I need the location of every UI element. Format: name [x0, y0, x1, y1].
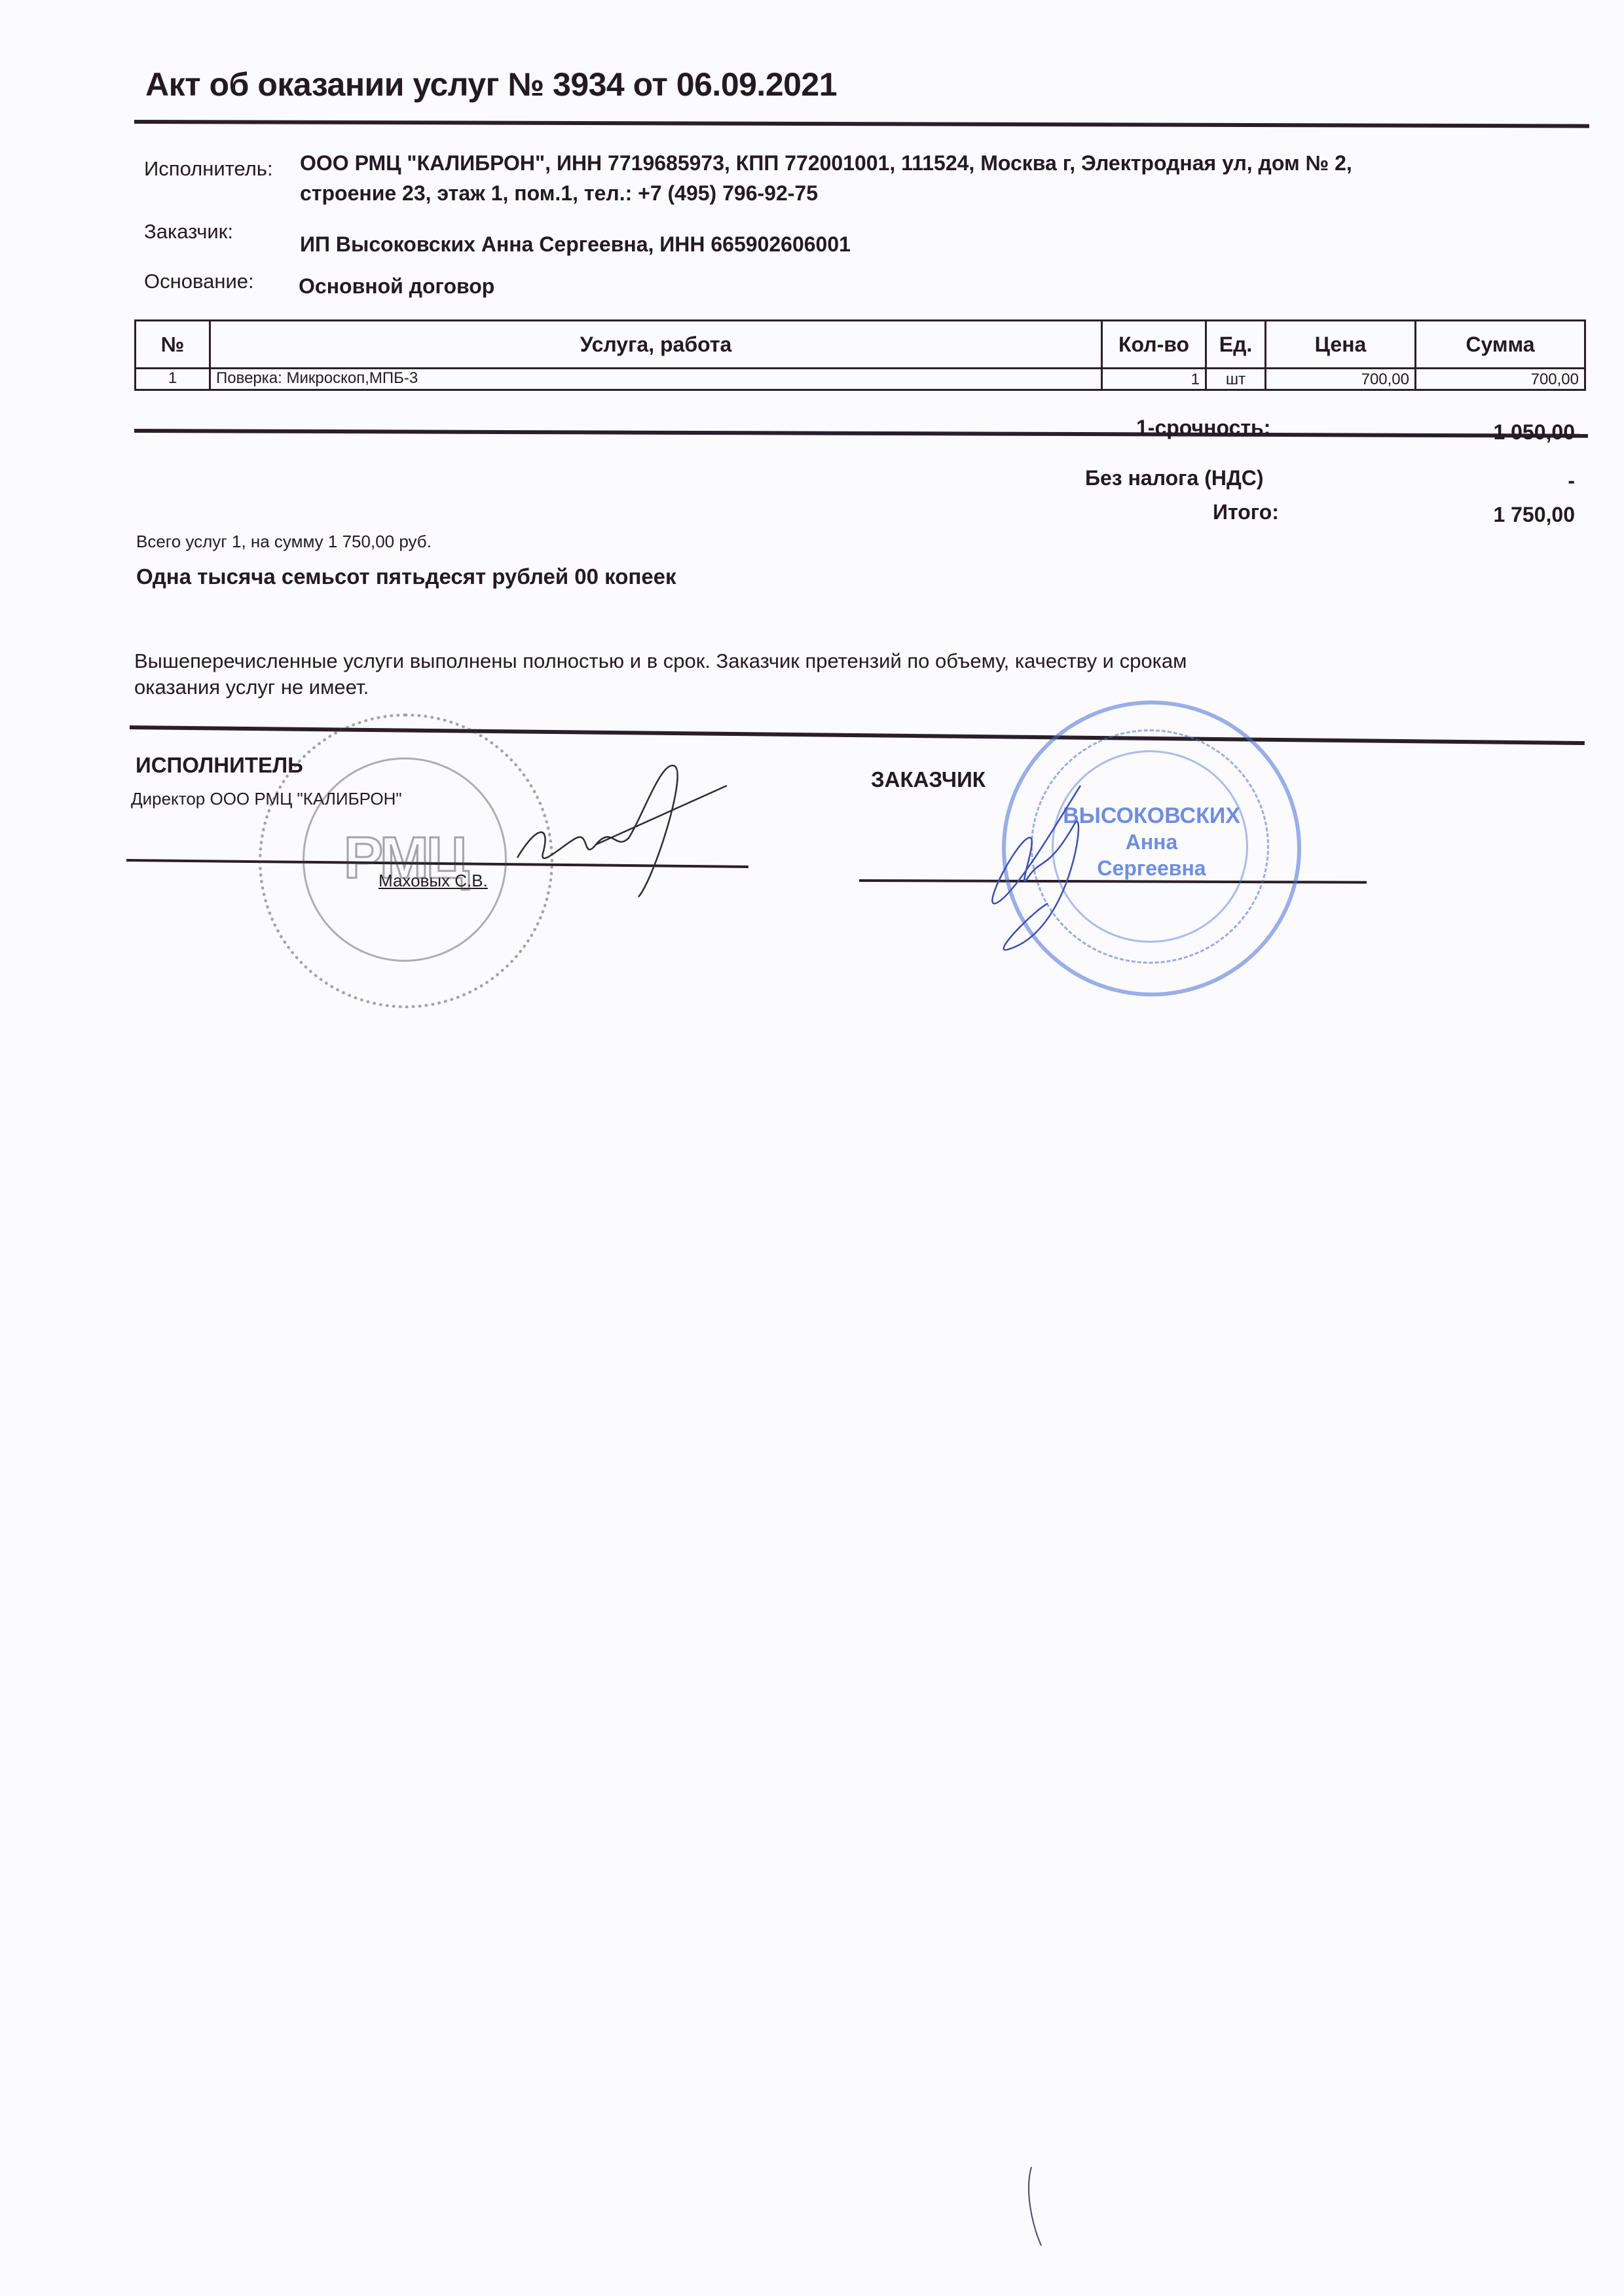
table-row: 1 Поверка: Микроскоп,МПБ-3 1 шт 700,00 7…	[136, 369, 1585, 390]
services-count-line: Всего услуг 1, на сумму 1 750,00 руб.	[136, 532, 432, 552]
col-qty: Кол-во	[1102, 321, 1206, 369]
executor-line-2: строение 23, этаж 1, пом.1, тел.: +7 (49…	[300, 178, 1352, 208]
col-sum: Сумма	[1416, 321, 1585, 369]
customer-label: Заказчик:	[144, 220, 233, 244]
executor-line-1: ООО РМЦ "КАЛИБРОН", ИНН 7719685973, КПП …	[300, 148, 1352, 178]
col-price: Цена	[1266, 321, 1416, 369]
executor-stamp-logo: РМЦ	[344, 825, 467, 892]
statement-line-2: оказания услуг не имеет.	[134, 674, 1187, 701]
pen-mark-icon	[1025, 2164, 1051, 2249]
basis-label: Основание:	[144, 270, 254, 293]
document-title: Акт об оказании услуг № 3934 от 06.09.20…	[145, 65, 837, 103]
vat-value: -	[1568, 469, 1575, 493]
table-header-row: № Услуга, работа Кол-во Ед. Цена Сумма	[136, 321, 1585, 369]
executor-signature-icon	[498, 746, 733, 910]
col-number: №	[136, 321, 210, 369]
col-unit: Ед.	[1206, 321, 1266, 369]
row-number: 1	[136, 369, 210, 390]
urgency-value: 1 050,00	[1493, 420, 1575, 445]
row-unit: шт	[1206, 369, 1266, 390]
total-label: Итого:	[1213, 500, 1279, 524]
table-bottom-divider	[134, 429, 1588, 438]
basis-value: Основной договор	[299, 271, 494, 301]
row-sum: 700,00	[1416, 369, 1585, 390]
statement-line-1: Вышеперечисленные услуги выполнены полно…	[134, 648, 1187, 674]
row-price: 700,00	[1266, 369, 1416, 390]
customer-signature-icon	[976, 779, 1107, 956]
total-value: 1 750,00	[1493, 503, 1575, 527]
services-table: № Услуга, работа Кол-во Ед. Цена Сумма 1…	[134, 319, 1586, 391]
executor-heading: ИСПОЛНИТЕЛЬ	[136, 753, 303, 778]
row-qty: 1	[1102, 369, 1206, 390]
customer-value: ИП Высоковских Анна Сергеевна, ИНН 66590…	[300, 229, 851, 259]
completion-statement: Вышеперечисленные услуги выполнены полно…	[134, 648, 1187, 701]
executor-label: Исполнитель:	[144, 157, 273, 181]
vat-label: Без налога (НДС)	[1085, 466, 1264, 490]
customer-heading: ЗАКАЗЧИК	[871, 767, 986, 792]
executor-value: ООО РМЦ "КАЛИБРОН", ИНН 7719685973, КПП …	[300, 148, 1352, 208]
urgency-label: 1-срочность:	[1136, 416, 1270, 440]
row-service: Поверка: Микроскоп,МПБ-3	[210, 369, 1102, 390]
amount-in-words: Одна тысяча семьсот пятьдесят рублей 00 …	[136, 564, 676, 589]
col-service: Услуга, работа	[210, 321, 1102, 369]
title-divider	[134, 120, 1589, 128]
